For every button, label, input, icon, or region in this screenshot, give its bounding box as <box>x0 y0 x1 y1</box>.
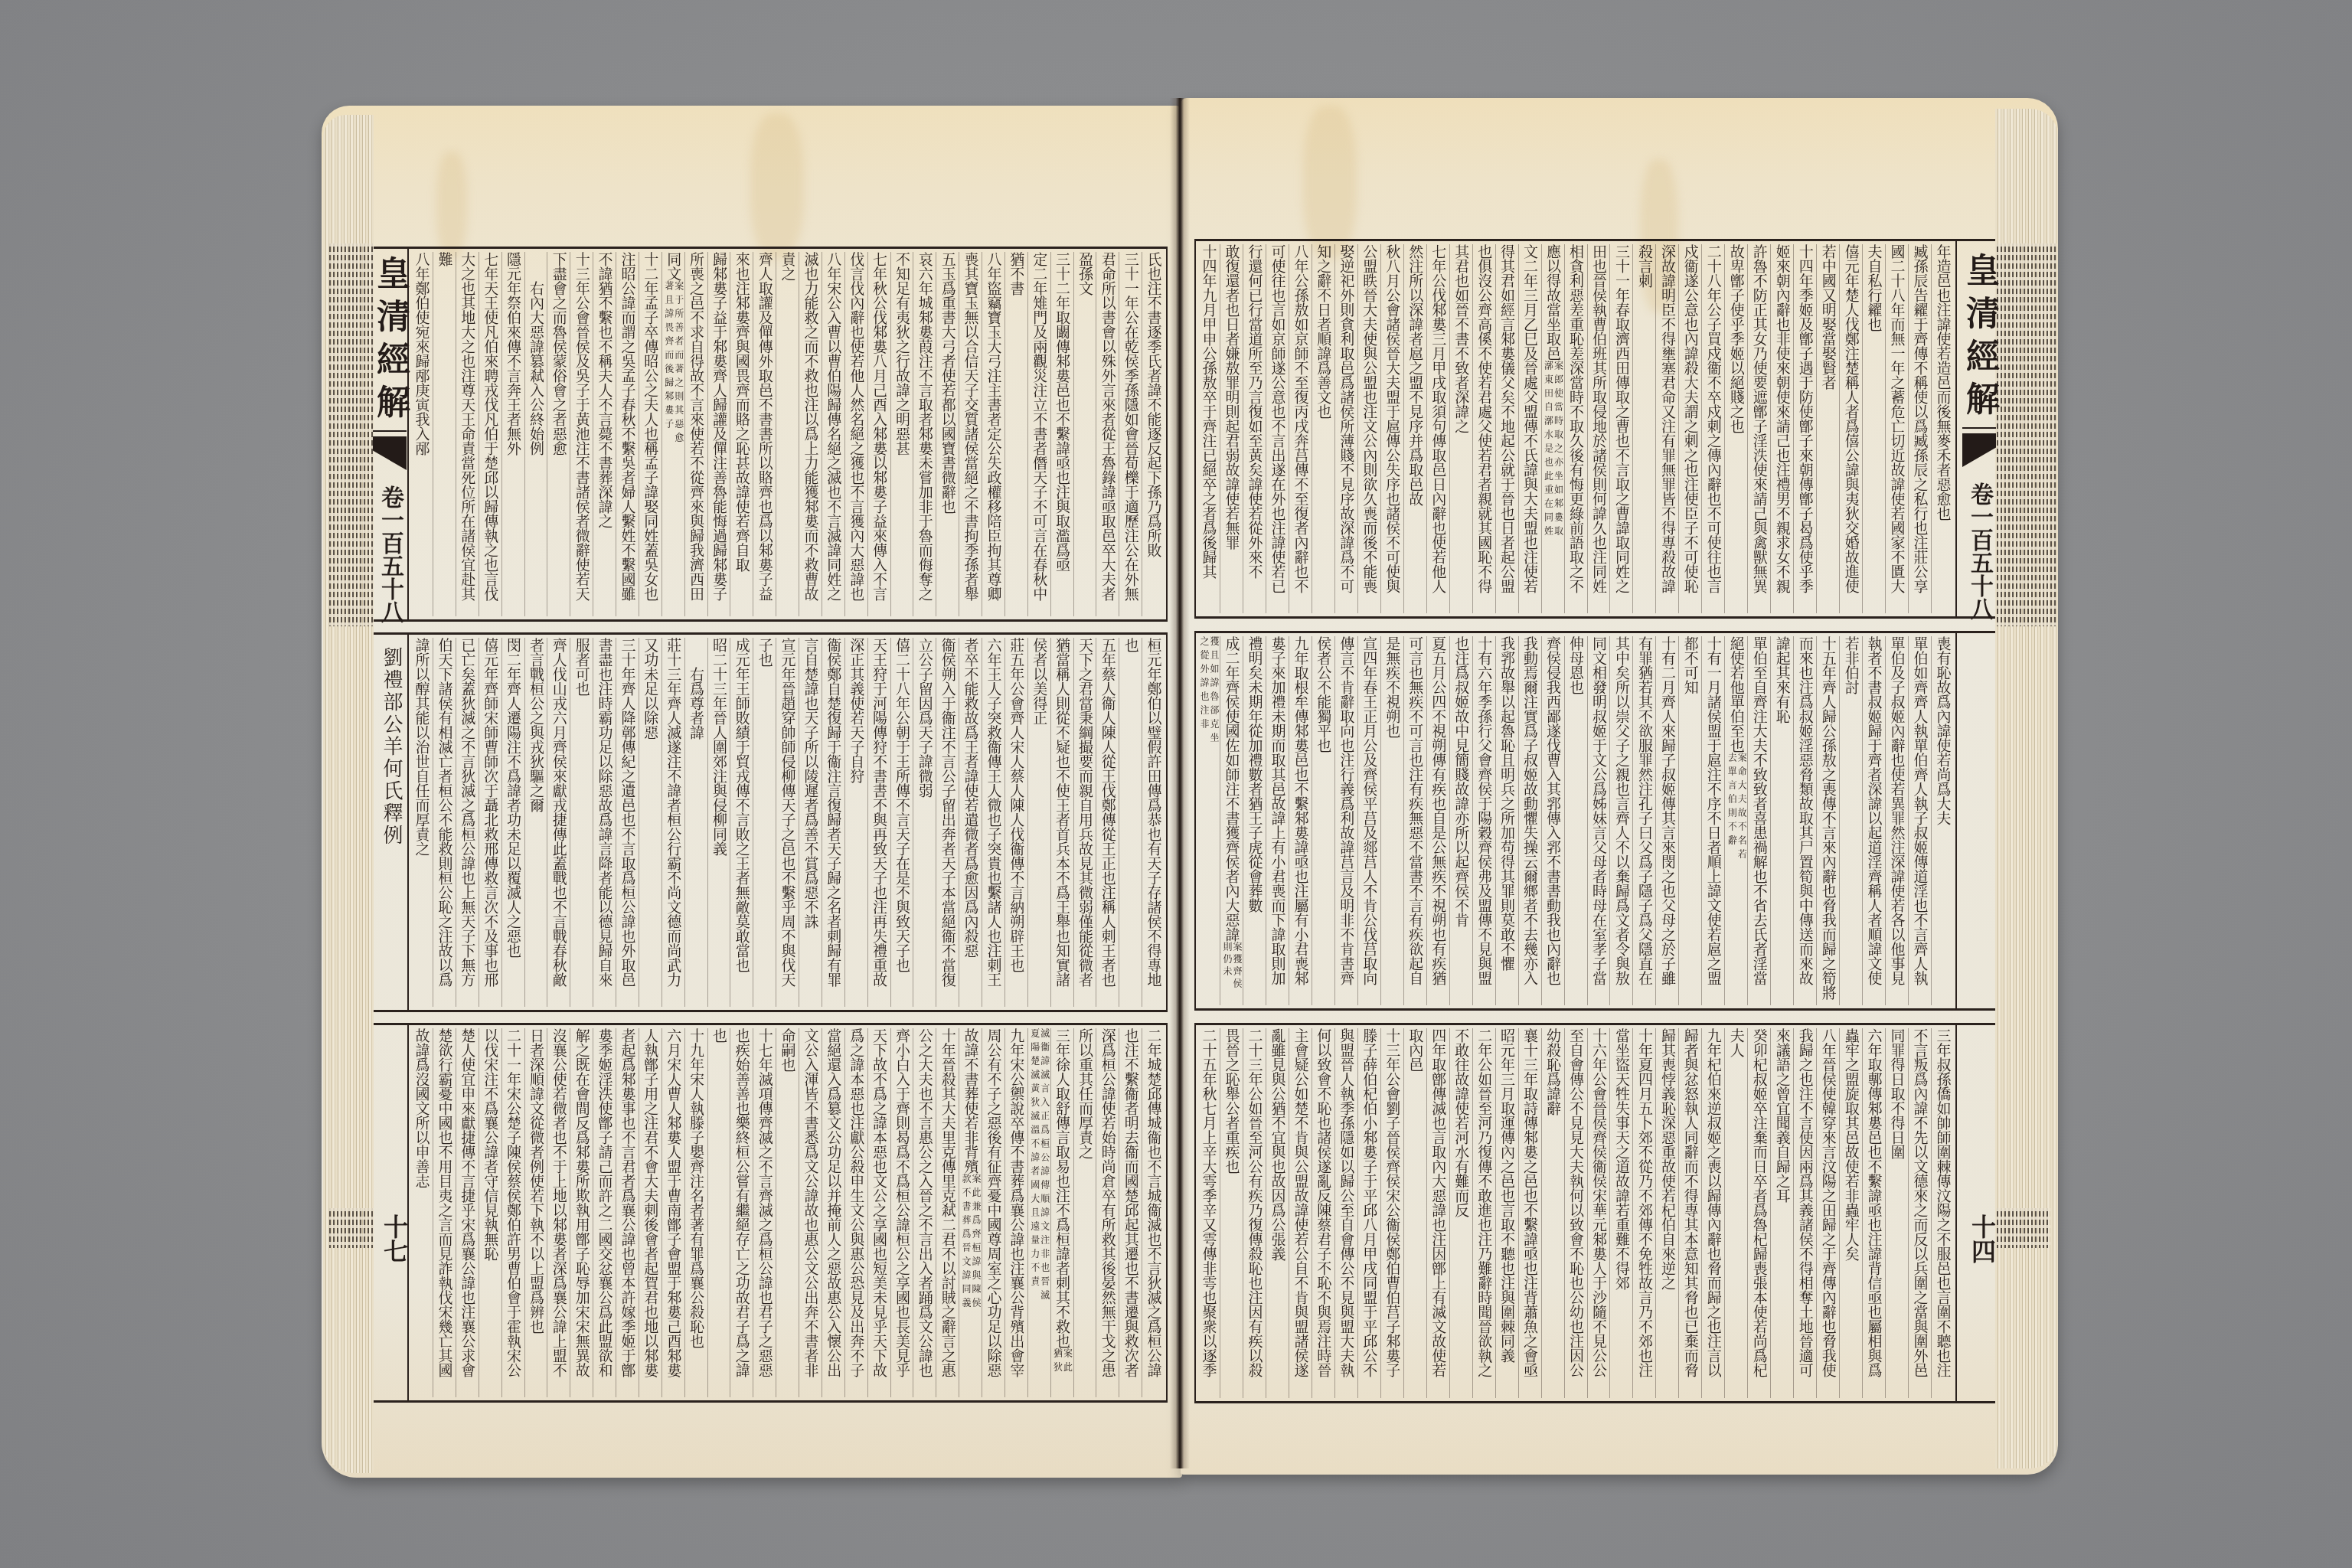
text-column: 隱元年祭伯來傳不言奔王者無外 <box>501 252 524 616</box>
column-text: 來也注邾婁齊與國畏齊而賂之恥甚故諱使若齊自取 <box>733 252 750 572</box>
text-column: 哀六年城邾婁葭注不言取者邾婁未嘗加非于魯而侮奪之 <box>913 252 936 616</box>
column-text: 六年王人子突救衞傳王人微也子突貴也繫諸人也注刺王 <box>985 638 1001 987</box>
text-column: 所以重其任而厚責之 <box>1073 1028 1096 1397</box>
column-text: 十三年公會晉侯及吳子于黃池注不書諸侯者微辭使若天 <box>573 252 590 601</box>
column-text: 衞侯朔入于衞注不言公子留出奔者天子本當絕衞不當復 <box>939 638 956 987</box>
text-column: 得其君如經言邾婁儀父矣不地起公就于晉也日者起公盟 <box>1495 244 1518 613</box>
column-text: 九年取根牟傳邾婁邑也不繫邾婁諱亟也注屬有小君喪邾 <box>1292 636 1308 985</box>
text-column: 七年公伐邾婁三月甲戌取須句傳取邑日內辭也使若他人 <box>1426 244 1449 613</box>
column-text: 十有二月齊人來歸子叔姬傳其言來閔之也父母之於子雖 <box>1659 636 1676 985</box>
text-column: 深正其義使若天子自狩 <box>844 638 867 1007</box>
left-spine-header: 皇清經解 卷一百五十八 <box>372 256 407 623</box>
column-text: 所以重其任而厚責之 <box>1076 1028 1093 1159</box>
text-column: 夫自私行糴也 <box>1862 244 1885 613</box>
text-column: 三十一年公在乾侯季孫隱如會晉荀櫟于適歷注公在外無 <box>1119 252 1142 616</box>
text-column: 三十年齊人降鄣傳紀之遺邑也不言取爲桓公諱也外取邑 <box>616 638 639 1007</box>
text-column: 猶不書 <box>1004 252 1027 616</box>
column-text: 也俱沒公齊高傒不使若君處父使若君者親就其國恥不得 <box>1475 244 1492 593</box>
column-text: 五玉爲重書大弓者使若都以國寶書微辭也 <box>939 252 956 514</box>
volume-label: 卷一百五十八 <box>1966 482 1992 620</box>
column-text: 我動焉爾注實爲子叔姬故動懼失操云爾鄉者不去幾亦入 <box>1521 636 1538 985</box>
column-text: 桓元年鄭伯以璧假許田傳爲恭也有天子存諸侯不得專地 <box>1145 638 1162 987</box>
series-title: 皇清經解 <box>1962 253 1997 424</box>
text-column: 三十一年春取濟西田傳取之曹也不言取之曹諱取同姓之 <box>1609 244 1632 613</box>
column-text: 以伐宋注不爲襄公諱者守信見執無恥 <box>482 1028 498 1261</box>
text-column: 文二年三月乙巳及晉處父盟傳不氏諱與大夫盟也注使若 <box>1518 244 1541 613</box>
text-column: 書盡也注時霸功足以除惡故爲諱言降者能以德見歸自來 <box>593 638 616 1007</box>
text-column: 相貪利惡差重恥差深當時不取久後有悔更綠前語取之不 <box>1564 244 1587 613</box>
text-column: 深爲桓公諱使若始時尚倉卒有所救其後晏然無干戈之患 <box>1096 1028 1119 1397</box>
column-text: 八年晉侯使韓穿來言汶陽之田歸之于齊傳內辭也脅我使 <box>1820 1028 1837 1377</box>
column-text: 秋八月公會諸侯晉大夫盟于扈傳公失序也諸侯不可使與 <box>1383 244 1400 593</box>
text-column: 也 <box>1119 638 1142 1007</box>
text-column: 八年晉侯使韓穿來言汶陽之田歸之于齊傳內辭也脅我使 <box>1816 1028 1839 1398</box>
text-column: 楚人使宜申來獻捷傳不言捷乎宋爲襄公諱也注襄公求會 <box>456 1028 479 1397</box>
column-text: 人執鄫子用之注君不會大夫刺後會者起賀君也地以邾婁 <box>642 1028 658 1377</box>
text-column: 當坐盜天牲失事天之道故諱若重難不得郊 <box>1609 1028 1632 1398</box>
column-text: 絕使若他單伯至也 <box>1728 636 1745 753</box>
text-column: 十四年季姬及鄫子遇于防使鄫子來朝傳鄫子曷爲使乎季 <box>1793 244 1816 613</box>
text-column: 行還何已行當道所至乃言復如至黃矣諱使若從外來不 <box>1243 244 1266 613</box>
column-text: 書盡也注時霸功足以除惡故爲諱言降者能以德見歸自來 <box>596 638 613 987</box>
text-column: 昭二十三年晉人圍郊注與侵柳同義 <box>707 638 730 1007</box>
text-column: 盈孫文 <box>1073 252 1096 616</box>
column-text: 許魯不防正其女乃使要遮鄫子淫泆使來請己與禽獸無異 <box>1751 244 1768 593</box>
interlinear-note: 案郎使當時取之亦坐如邾婁取漷東田自漷水是也此重在同姓 <box>1543 361 1563 543</box>
column-text: 隱元年祭伯來傳不言奔王者無外 <box>505 252 521 456</box>
text-column: 都不可知 <box>1678 636 1701 1005</box>
fishtail-mark-icon <box>373 430 407 475</box>
text-column: 伐言伐內辭也使若他人然名絕之獲也不言獲內大惡諱也 <box>844 252 867 616</box>
text-column: 僖元年楚人伐鄭注楚稱人者爲僖公諱與夷狄交婚故進使 <box>1839 244 1862 613</box>
text-column: 殺言刺 <box>1632 244 1655 613</box>
text-column: 十四年九月甲申公孫敖卒于齊注已絕卒之者爲後歸其 <box>1197 244 1220 613</box>
text-column: 八年盜竊寶玉大弓注主書者定公失政權移陪臣拘其尊卿 <box>982 252 1004 616</box>
column-text: 侯者以美得正 <box>1031 638 1047 725</box>
interlinear-note: 案此猶狄 <box>1052 1348 1073 1379</box>
text-column: 秋八月公會諸侯晉大夫盟于扈傳公失序也諸侯不可使與 <box>1380 244 1403 613</box>
text-column: 滅衞諱滅言入正爲桓公諱傳順諱文注非也晉滅夏陽楚滅黃狄滅溫不諱者國大且遠量力不責 <box>1027 1028 1050 1397</box>
column-text: 氏也注不書逐季氏者諱不能逐反起下孫乃爲所敗 <box>1145 252 1162 557</box>
column-text: 解之既在會間反爲邾婁所欺執用鄫子恥辱加宋宋無異故 <box>573 1028 590 1377</box>
column-text: 齊侯侵我西鄙遂伐曹入其郛傳入郛不書書動我也內辭也 <box>1544 636 1561 985</box>
text-column: 婁子來加禮未期而取其邑故諱上有小君喪而下諱取則加 <box>1266 636 1289 1005</box>
text-column: 齊人取讙及僤傳外取邑不書書所以賂齊也爲以邾婁子益 <box>753 252 776 616</box>
series-title: 皇清經解 <box>372 256 407 427</box>
column-text: 宣元年晉趙穿帥師侵柳傳天子之邑也不繫乎周不與伐天 <box>779 638 796 987</box>
column-text: 得其君如經言邾婁儀父矣不地起公就于晉也日者起公盟 <box>1498 244 1515 593</box>
column-text: 三十一年春取濟西田傳取之曹也不言取之曹諱取同姓之 <box>1613 244 1630 593</box>
text-column: 命嗣也 <box>776 1028 799 1397</box>
column-text: 歸邾婁子益于邾婁齊人歸讙及僤注善魯能悔過歸邾婁子 <box>710 252 727 601</box>
column-text: 娶逆祀外則貪利取邑爲諸侯所薄賤不見序故深諱爲不可 <box>1338 244 1354 593</box>
text-column: 大之也其地大之也注尊天王命責當死位所在諸侯宜赴其 <box>456 252 479 616</box>
column-text: 至自會傳公不見見大夫執何以致會不恥也公幼也注因公 <box>1567 1028 1584 1377</box>
column-text: 襄十三年取詩傳邾婁之邑也不繫諱亟也注背蕭魚之會亟 <box>1521 1028 1538 1377</box>
column-text: 也疾始善善也樂終桓公嘗有繼絕存亡之功故君子爲之諱 <box>733 1028 750 1377</box>
text-column: 可使往也言如京師遂公意也不言出遂在外也注諱使若已 <box>1266 244 1289 613</box>
text-column: 當絕還入爲篡文公功足以并掩前人之惡故惠公入懷公出 <box>822 1028 844 1397</box>
column-text: 其君也如晉不書不致者深諱之 <box>1452 244 1469 433</box>
text-column: 僖二十八年公朝于王所傳不言天子在是不與致天子也 <box>890 638 913 1007</box>
text-column: 主會疑公如楚不肯與公盟故諱使若公自不肯與盟諸侯遂 <box>1289 1028 1312 1398</box>
column-text: 二十三年公如晉至河公有疾乃復傳殺恥也注因有疾以殺 <box>1246 1028 1263 1377</box>
text-column: 故卑鄫子使乎季姬以絕賤之也 <box>1724 244 1747 613</box>
column-text: 爲之諱本惡也注獻公殺申生文公與惠公恐見及出奔不子 <box>848 1028 864 1377</box>
text-column: 不敢往故諱使若河水有難而反 <box>1449 1028 1472 1398</box>
column-text: 同文相發明叔姬于文公爲姊妹言父母者時母在室孝子當 <box>1590 636 1607 985</box>
column-text: 來議語之曾宜聞義自歸之耳 <box>1774 1028 1791 1203</box>
column-text: 有罪猶若其不欲服罪然注孔子曰父爲子隱子爲父隱直在 <box>1636 636 1653 985</box>
column-text: 七年天王使凡伯來聘戎伐凡伯于楚邱以歸傳執之也言伐 <box>482 252 498 601</box>
text-column: 伸母恩也 <box>1564 636 1587 1005</box>
column-text: 我歸之也注不言使因兩爲其義諸侯不得相奪土地晉適可 <box>1797 1028 1814 1377</box>
column-text: 沒襄公使若微者也不于上地以邾婁者深爲襄公諱上盟不 <box>550 1028 567 1377</box>
text-column: 立公子留因爲天子諱微弱 <box>913 638 936 1007</box>
column-text: 幼殺恥爲諱辭 <box>1544 1028 1561 1116</box>
left-text-block-middle: 桓元年鄭伯以璧假許田傳爲恭也有天子存諸侯不得專地也五年蔡人衞人陳人從王伐鄭傳從王… <box>407 632 1168 1012</box>
column-text: 猶當稱人則從不疑也不使王者首兵本不爲王舉也知實諸 <box>1053 638 1070 987</box>
column-text: 命嗣也 <box>779 1028 796 1072</box>
column-text: 八年宋公入曹以曹伯陽歸傳名絕之滅也不言滅諱同姓之 <box>825 252 841 601</box>
text-column: 二十三年公如晉至河公有疾乃復傳殺恥也注因有疾以殺 <box>1243 1028 1266 1398</box>
column-text: 十六年公會晉侯齊侯衞侯宋華元邾婁人于沙隨不見公公 <box>1590 1028 1607 1377</box>
column-text: 夫自私行糴也 <box>1866 244 1883 332</box>
column-text: 敢復還者也日者嫌敖罪明則起君弱故諱使若無罪 <box>1223 244 1240 550</box>
text-column: 而來也注爲叔姬淫惡脅類故取其尸置筍與中傳送而來故 <box>1793 636 1816 1005</box>
column-text: 八年公孫敖如京師不至復丙戌奔莒傳不至復者內辭也不 <box>1292 244 1308 593</box>
column-text: 者言戰桓公之與戎狄驅之爾 <box>528 638 544 812</box>
column-text: 田也晉侯執曹伯班其所取侵地於諸侯則何諱久也注同姓 <box>1590 244 1607 593</box>
column-text: 當坐盜天牲失事天之道故諱若重難不得郊 <box>1613 1028 1630 1290</box>
text-column: 諱所以醇其能以治世自任而厚責之 <box>410 638 433 1007</box>
interlinear-note: 案命大夫故不名若去單言伯則不辭 <box>1726 753 1746 866</box>
column-text: 六年取鄟傳邾婁邑也不繫諱亟也注諱背信亟也屬相與爲 <box>1866 1028 1883 1377</box>
column-text: 相貪利惡差重恥差深當時不取久後有悔更綠前語取之不 <box>1567 244 1584 593</box>
column-text: 十七年滅項傳齊滅之不言齊滅之爲桓公諱也君子之惡惡 <box>756 1028 773 1377</box>
column-text: 二十一年宋公楚子陳侯蔡侯鄭伯許男曹伯會于霍執宋公 <box>505 1028 521 1377</box>
text-column: 喪有恥故爲內諱使若尚爲大夫 <box>1931 636 1954 1005</box>
text-column: 周公有不子之惡後有征齊憂中國尊周室之心功足以除惡 <box>982 1028 1004 1397</box>
column-text: 可言也無疾不可言也注有疾無惡不當書不言有疾欲起自 <box>1406 636 1423 985</box>
text-column: 年造邑也注諱使若造邑而後無麥禾者惡愈也 <box>1931 244 1954 613</box>
text-column: 日者深順諱文從微者例使若下執不以上盟爲辨也 <box>524 1028 547 1397</box>
column-text: 主會疑公如楚不肯與公盟故諱使若公自不肯與盟諸侯遂 <box>1292 1028 1308 1377</box>
column-text: 右內大惡諱篡弒入公終始例 <box>528 281 544 456</box>
column-text: 禮明矣未期年從加禮數者猶王子虎從會葬數 <box>1246 636 1263 913</box>
column-text: 知之辭不日者順諱爲善文也 <box>1315 244 1331 419</box>
right-text-block-upper: 年造邑也注諱使若造邑而後無麥禾者惡愈也臧孫辰告糴于齊傳不稱使以爲臧孫辰之私行也注… <box>1194 239 1957 619</box>
column-text: 深爲桓公諱使若始時尚倉卒有所救其後晏然無干戈之患 <box>1099 1028 1116 1377</box>
text-column: 可言也無疾不可言也注有疾無惡不當書不言有疾欲起自 <box>1403 636 1426 1005</box>
column-text: 言自楚諱也天子所以陵遲者爲善不賞爲惡不誅 <box>802 638 818 929</box>
text-column: 又功未足以除惡 <box>639 638 661 1007</box>
column-text: 也 <box>710 1028 727 1043</box>
column-text: 當絕還入爲篡文公功足以并掩前人之惡故惠公入懷公出 <box>825 1028 841 1377</box>
column-text: 八年盜竊寶玉大弓注主書者定公失政權移陪臣拘其尊卿 <box>985 252 1001 601</box>
column-text: 應以得故當坐取邑 <box>1544 244 1561 361</box>
text-column: 傳言不肯辭取向也注行義爲利故諱莒言及明非不肯書齊 <box>1334 636 1357 1005</box>
column-text: 不言叛爲內諱不先以文德來之而反以兵圍之當與圍外邑 <box>1912 1028 1929 1377</box>
column-text: 昭元年三月取運傳內之邑也言取不聽也注與圍棘同義 <box>1498 1028 1515 1363</box>
text-column: 十有一月諸侯盟于扈注不序不日者順上諱文使若扈之盟 <box>1701 636 1724 1005</box>
column-text: 不知足有夷狄之行故諱之明惡甚 <box>893 252 910 456</box>
column-text: 不諱猶不繫也不稱夫人不言薨不書葬深諱之 <box>596 252 613 528</box>
column-text: 大之也其地大之也注尊天王命責當死位所在諸侯宜赴其 <box>459 252 475 601</box>
text-column: 注昭公諱而謂之吳孟子春秋不繫吳者婦人繫姓不繫國雖 <box>616 252 639 616</box>
text-column: 者言戰桓公之與戎狄驅之爾 <box>524 638 547 1007</box>
paper-stain <box>1303 106 1357 259</box>
text-column: 我動焉爾注實爲子叔姬故動懼失操云爾鄉者不去幾亦入 <box>1518 636 1541 1005</box>
text-column: 與盟晉人執季孫隱如以歸公至自會傳公不見與盟大夫執 <box>1334 1028 1357 1398</box>
column-text: 同文 <box>665 252 681 281</box>
text-column: 十有二月齊人來歸子叔姬傳其言來閔之也父母之於子雖 <box>1655 636 1678 1005</box>
text-column: 獲且如諱魯郤克坐之從外諱也注非 <box>1197 636 1220 1005</box>
text-column: 禮明矣未期年從加禮數者猶王子虎從會葬數 <box>1243 636 1266 1005</box>
text-column: 猶當稱人則從不疑也不使王者首兵本不爲王舉也知實諸 <box>1050 638 1073 1007</box>
column-text: 天下故不爲之諱本惡也文公之享國也短美未見乎天下故 <box>871 1028 887 1377</box>
column-text: 八年鄭伯使宛來歸邴庚寅我入邴 <box>413 252 430 456</box>
column-text: 而來也注爲叔姬淫惡脅類故取其尸置筍與中傳送而來故 <box>1797 636 1814 985</box>
text-column: 喪其寶玉無以合信天子交質諸侯當絕之不書拘季孫者舉 <box>959 252 982 616</box>
column-text: 宣四年春王正月公及齊侯平莒及郯莒人不肯公伐莒取向 <box>1361 636 1377 985</box>
column-text: 可使往也言如京師遂公意也不言出遂在外也注諱使若已 <box>1269 244 1285 593</box>
column-text: 二年公如晉至河乃復傳不敢進也注乃難辭時聞晉欲執之 <box>1475 1028 1492 1377</box>
text-column: 也注爲叔姬故中見簡賤故諱亦所以起齊侯不肯 <box>1449 636 1472 1005</box>
text-column: 知之辭不日者順諱爲善文也 <box>1312 244 1334 613</box>
text-column: 婁季姬淫泆使鄫子請己而許之二國交忿襄公爲此盟欲和 <box>593 1028 616 1397</box>
text-column: 難 <box>433 252 456 616</box>
fishtail-mark-icon <box>1962 427 1996 472</box>
text-column: 九年宋公禦說卒傳不書葬爲襄公諱也注襄公背殯出會宰 <box>1004 1028 1027 1397</box>
text-column: 十五年齊人歸公孫敖之喪傳不言來內辭也脅我而歸之筍將 <box>1816 636 1839 1005</box>
text-column: 是無疾不視朔也 <box>1380 636 1403 1005</box>
column-text: 諱所以醇其能以治世自任而厚責之 <box>413 638 430 856</box>
right-spine-header: 皇清經解 卷一百五十八 <box>1962 253 1997 620</box>
interlinear-note: 案獲齊侯則仍未 <box>1221 942 1242 993</box>
column-text: 二年城楚邱傳城衞也不言城衞滅也不言狄滅之爲桓公諱 <box>1145 1028 1162 1377</box>
text-column: 十七年滅項傳齊滅之不言齊滅之爲桓公諱也君子之惡惡 <box>753 1028 776 1397</box>
column-text: 同罪得日取不得日圍 <box>1889 1028 1906 1159</box>
text-column: 歸其喪悖義恥深惡重故使若杞伯自來逆之 <box>1655 1028 1678 1398</box>
column-text: 昭二十三年晉人圍郊注與侵柳同義 <box>710 638 727 856</box>
text-column: 至自會傳公不見見大夫執何以致會不恥也公幼也注因公 <box>1564 1028 1587 1398</box>
text-column: 僖元年齊師宋師曹師次于聶北救邢傳救言次不及事也邢 <box>479 638 501 1007</box>
column-text: 五年蔡人衞人陳人從王伐鄭傳從王正也注稱人刺王者也 <box>1099 638 1116 987</box>
text-column: 成二年齊侯使國佐如師注不書獲齊侯者內大惡諱案獲齊侯則仍未 <box>1220 636 1243 1005</box>
text-column: 有罪猶若其不欲服罪然注孔子曰父爲子隱子爲父隱直在 <box>1632 636 1655 1005</box>
column-text: 七年公伐邾婁三月甲戌取須句傳取邑日內辭也使若他人 <box>1429 244 1446 593</box>
text-column: 三年叔孫僑如帥師圍棘傳汶陽之不服邑也言圍不聽也注 <box>1931 1028 1954 1398</box>
text-column: 敢復還者也日者嫌敖罪明則起君弱故諱使若無罪 <box>1220 244 1243 613</box>
text-column: 單伯如齊齊人執單伯齊人執子叔姬傳道淫也不言齊人執 <box>1908 636 1931 1005</box>
column-text: 莊十三年齊人滅遂注不諱者桓公行霸不尚文德而尚武力 <box>665 638 681 987</box>
text-column: 君命所以書會以殊外言來者從王魯錄諱亟取邑卒大夫者 <box>1096 252 1119 616</box>
column-text: 定二年雉門及兩觀災注立不書者僭天子不可言在春秋中 <box>1031 252 1047 601</box>
column-text: 僖二十八年公朝于王所傳不言天子在是不與致天子也 <box>893 638 910 972</box>
column-text: 服者可也 <box>573 638 590 696</box>
column-text: 年造邑也注諱使若造邑而後無麥禾者惡愈也 <box>1935 244 1952 521</box>
column-text: 故卑鄫子使乎季姬以絕賤之也 <box>1728 244 1745 433</box>
column-text: 九年杞伯來逆叔姬之喪以歸傳內辭也脅而歸之也注言以 <box>1705 1028 1722 1377</box>
column-text: 日者深順諱文從微者例使若下執不以上盟爲辨也 <box>528 1028 544 1334</box>
page-number: 十四 <box>1965 1214 2000 1263</box>
column-text: 僖元年楚人伐鄭注楚稱人者爲僖公諱與夷狄交婚故進使 <box>1843 244 1860 593</box>
column-text: 成元年王師敗績于貿戎傳不言敗之王者無敵莫敢當也 <box>733 638 750 972</box>
column-text: 七年秋公伐邾婁八月己酉入邾婁以邾婁子益來傳入不言 <box>871 252 887 601</box>
text-column: 責之 <box>776 252 799 616</box>
column-text: 二十八年公子買戍衞不卒戍刺之傳內辭也不可使往也言 <box>1705 244 1722 593</box>
text-column: 十三年公會劉子晉侯齊侯宋公衞侯鄭伯曹伯莒子邾婁子 <box>1380 1028 1403 1398</box>
column-text: 喪有恥故爲內諱使若尚爲大夫 <box>1935 636 1952 825</box>
column-text: 單伯及子叔姬內辭也使若異罪然注深諱使若各以他事見 <box>1889 636 1906 985</box>
column-text: 者起爲邾婁事也不言君者爲襄公諱也曾本許嫁季姬于鄫 <box>619 1028 635 1377</box>
text-column: 莊十三年齊人滅遂注不諱者桓公行霸不尚文德而尚武力 <box>661 638 684 1007</box>
right-spine-frame-lower <box>1955 1023 1995 1403</box>
column-text: 我郛故舉以起魯恥且明兵之所加苟得其罪則莫敢不懼 <box>1498 636 1515 971</box>
text-column: 右爲尊者諱 <box>684 638 707 1007</box>
text-column: 二年公如晉至河乃復傳不敢進也注乃難辭時聞晉欲執之 <box>1472 1028 1495 1398</box>
text-column: 昭元年三月取運傳內之邑也言取不聽也注與圍棘同義 <box>1495 1028 1518 1398</box>
text-column: 爲之諱本惡也注獻公殺申生文公與惠公恐見及出奔不子 <box>844 1028 867 1397</box>
text-column: 侯者以美得正 <box>1027 638 1050 1007</box>
text-column: 單伯及子叔姬內辭也使若異罪然注深諱使若各以他事見 <box>1885 636 1908 1005</box>
text-column: 來議語之曾宜聞義自歸之耳 <box>1770 1028 1793 1398</box>
text-column: 八年公孫敖如京師不至復丙戌奔莒傳不至復者內辭也不 <box>1289 244 1312 613</box>
text-column: 娶逆祀外則貪利取邑爲諸侯所薄賤不見序故深諱爲不可 <box>1334 244 1357 613</box>
text-column: 深故諱明臣不得壅塞君命又注有罪無罪皆不得專殺故諱 <box>1655 244 1678 613</box>
text-column: 九年取根牟傳邾婁邑也不繫邾婁諱亟也注屬有小君喪邾 <box>1289 636 1312 1005</box>
text-column: 十有六年季孫行父會齊侯于陽穀齊侯弗及盟傳不見與盟 <box>1472 636 1495 1005</box>
text-column: 國二十八年而無一年之蓄危亡切近故諱使若國家不匱大 <box>1885 244 1908 613</box>
text-column: 其君也如晉不書不致者深諱之 <box>1449 244 1472 613</box>
text-column: 也 <box>707 1028 730 1397</box>
column-text: 姬來朝內辭也非使來朝使來請己也注禮男不親求女不親 <box>1774 244 1791 593</box>
text-column: 定二年雉門及兩觀災注立不書者僭天子不可言在春秋中 <box>1027 252 1050 616</box>
text-column: 下盡會之而魯侯蒙俗會之者惡愈 <box>547 252 570 616</box>
text-column: 氏也注不書逐季氏者諱不能逐反起下孫乃爲所敗 <box>1142 252 1165 616</box>
right-text-block-middle: 喪有恥故爲內諱使若尚爲大夫單伯如齊齊人執單伯齊人執子叔姬傳道淫也不言齊人執單伯及… <box>1194 631 1957 1011</box>
column-text: 六月宋人曹人邾婁人盟于曹南鄫子會盟于邾婁己酉邾婁 <box>665 1028 681 1377</box>
column-text: 行還何已行當道所至乃言復如至黃矣諱使若從外來不 <box>1246 244 1263 579</box>
column-text: 十二年孟子卒傳昭公之夫人也稱孟子諱娶同姓蓋吳女也 <box>642 252 658 601</box>
text-column: 夏五月公四不視朔傳有疾也自是公無疾不視朔也有疾猶 <box>1426 636 1449 1005</box>
column-text: 三十一年公在乾侯季孫隱如會晉荀櫟于適歷注公在外無 <box>1122 252 1139 601</box>
text-column: 田也晉侯執曹伯班其所取侵地於諸侯則何諱久也注同姓 <box>1587 244 1610 613</box>
column-text: 九年宋公禦說卒傳不書葬爲襄公諱也注襄公背殯出會宰 <box>1008 1028 1024 1377</box>
text-column: 沒襄公使若微者也不于上地以邾婁者深爲襄公諱上盟不 <box>547 1028 570 1397</box>
text-column: 八年宋公入曹以曹伯陽歸傳名絕之滅也不言滅諱同姓之 <box>822 252 844 616</box>
text-column: 不言叛爲內諱不先以文德來之而反以兵圍之當與圍外邑 <box>1908 1028 1931 1398</box>
column-text: 故諱不書葬使若非背殯 <box>962 1028 979 1174</box>
page-edge-ink-bleed <box>1997 243 2056 626</box>
column-text: 閔二年齊人遷陽注不爲諱者功未足以覆滅人之惡也 <box>505 638 521 958</box>
column-text: 歸者與忿怒執人同辭而不得專其本意知其脅也已棄而脅 <box>1682 1028 1699 1377</box>
text-column: 者起爲邾婁事也不言君者爲襄公諱也曾本許嫁季姬于鄫 <box>616 1028 639 1397</box>
text-column: 故諱不書葬使若非背殯案此兼爲齊桓諱與陳侯款不書葬爲晉文諱同義 <box>959 1028 982 1397</box>
text-column: 襄十三年取詩傳邾婁之邑也不繫諱亟也注背蕭魚之會亟 <box>1518 1028 1541 1398</box>
column-text: 執者不書叔姬歸于齊者深諱以起道淫齊稱人者順諱文使 <box>1866 636 1883 985</box>
text-column: 伯天下諸侯有相滅亡者桓公不能救則桓公恥之注故以爲 <box>433 638 456 1007</box>
text-column: 同罪得日取不得日圍 <box>1885 1028 1908 1398</box>
right-spine-frame-middle <box>1955 631 1995 1011</box>
interlinear-note: 滅衞諱滅言入正爲桓公諱傳順諱文注非也晉滅夏陽楚滅黃狄滅溫不諱者國大且遠量力不責 <box>1029 1028 1050 1307</box>
text-column: 幼殺恥爲諱辭 <box>1541 1028 1564 1398</box>
text-column: 也俱沒公齊高傒不使若君處父使若君者親就其國恥不得 <box>1472 244 1495 613</box>
column-text: 若中國又明娶當娶賢者 <box>1820 244 1837 390</box>
column-text: 君命所以書會以殊外言來者從王魯錄諱亟取邑卒大夫者 <box>1099 252 1116 601</box>
text-column: 天王狩于河陽傳狩不書書不與再致天子也注再失禮重故 <box>867 638 890 1007</box>
text-column: 取內邑 <box>1403 1028 1426 1398</box>
column-text: 婁子來加禮未期而取其邑故諱上有小君喪而下諱取則加 <box>1269 636 1285 985</box>
text-column: 亂雖見與公猶不宜與也故因爲公張義 <box>1266 1028 1289 1398</box>
text-column: 其中矣所以崇父子之親也言齊人不以棄歸爲文者令與敖 <box>1609 636 1632 1005</box>
text-column: 九年杞伯來逆叔姬之喪以歸傳內辭也脅而歸之也注言以 <box>1701 1028 1724 1398</box>
text-column: 何以致會不恥也諸侯遂亂反陳蔡君子不恥不與焉注時晉 <box>1312 1028 1334 1398</box>
text-column: 宣四年春王正月公及齊侯平莒及郯莒人不肯公伐莒取向 <box>1357 636 1380 1005</box>
text-column: 來也注邾婁齊與國畏齊而賂之恥甚故諱使若齊自取 <box>730 252 753 616</box>
column-text: 天下之君當秉綱撮要而親自用兵故見其微弱僅能從微者 <box>1076 638 1093 987</box>
text-column: 故諱爲沒國文所以申善志 <box>410 1028 433 1397</box>
text-column: 然注所以深諱者扈之盟不見序并爲取邑故 <box>1403 244 1426 613</box>
column-text: 深故諱明臣不得壅塞君命又注有罪無罪皆不得專殺故諱 <box>1659 244 1676 593</box>
column-text: 所喪之邑不求自得故不言來使若不從齊來與歸我濟西田 <box>688 252 704 601</box>
text-column: 三十二年取闞傳邾婁邑也不繫諱亟也注與取濫爲亟 <box>1050 252 1073 616</box>
column-text: 滕子薛伯杞伯小邾婁子于平邱八月甲戌同盟于平邱公不 <box>1361 1028 1377 1377</box>
text-column: 十年晉殺其大夫里克傳里克弒二君不以討賊之辭言之惠 <box>936 1028 959 1397</box>
column-text: 公盟眣晉大夫使與公盟也注文公內則欲久喪而後不能喪 <box>1361 244 1377 593</box>
column-text: 十有六年季孫行父會齊侯于陽穀齊侯弗及盟傳不見與盟 <box>1475 636 1492 985</box>
column-text: 單伯如齊齊人執單伯齊人執子叔姬傳道淫也不言齊人執 <box>1912 636 1929 985</box>
column-text: 難 <box>436 252 452 266</box>
column-text: 注昭公諱而謂之吳孟子春秋不繫吳者婦人繫姓不繫國雖 <box>619 252 635 601</box>
right-text-block-lower: 三年叔孫僑如帥師圍棘傳汶陽之不服邑也言圍不聽也注不言叛爲內諱不先以文德來之而反以… <box>1194 1023 1957 1403</box>
column-text: 盈孫文 <box>1076 252 1093 296</box>
paper-stain <box>436 152 467 259</box>
column-text: 其中矣所以崇父子之親也言齊人不以棄歸爲文者令與敖 <box>1613 636 1630 985</box>
text-column: 我郛故舉以起魯恥且明兵之所加苟得其罪則莫敢不懼 <box>1495 636 1518 1005</box>
text-column: 歸者與忿怒執人同辭而不得專其本意知其脅也已棄而脅 <box>1678 1028 1701 1398</box>
column-text: 傳言不肯辭取向也注行義爲利故諱莒言及明非不肯書齊 <box>1338 636 1354 985</box>
text-column: 戍衞遂公意也內諱殺大夫謂之刺之也注使臣子不可使恥 <box>1678 244 1701 613</box>
text-column: 二年城楚邱傳城衞也不言城衞滅也不言狄滅之爲桓公諱 <box>1142 1028 1165 1397</box>
column-text: 殺言刺 <box>1636 244 1653 288</box>
column-text: 是無疾不視朔也 <box>1383 636 1400 738</box>
column-text: 與盟晉人執季孫隱如以歸公至自會傳公不見與盟大夫執 <box>1338 1028 1354 1377</box>
text-column: 許魯不防正其女乃使要遮鄫子淫泆使來請己與禽獸無異 <box>1747 244 1770 613</box>
text-column: 十二年孟子卒傳昭公之夫人也稱孟子諱娶同姓蓋吳女也 <box>639 252 661 616</box>
column-text: 者卒不能救故爲王者諱使若遣微者爲愈因爲內殺惡 <box>962 638 979 958</box>
column-text: 若非伯討 <box>1843 636 1860 694</box>
column-text: 周公有不子之惡後有征齊憂中國尊周室之心功足以除惡 <box>985 1028 1001 1377</box>
text-column: 服者可也 <box>570 638 593 1007</box>
column-text: 齊人取讙及僤傳外取邑不書書所以賂齊也爲以邾婁子益 <box>756 252 773 601</box>
column-text: 哀六年城邾婁葭注不言取者邾婁未嘗加非于魯而侮奪之 <box>916 252 933 601</box>
column-text: 臧孫辰告糴于齊傳不稱使以爲臧孫辰之私行也注莊公享 <box>1912 244 1929 593</box>
left-spine-frame-lower <box>374 1023 409 1403</box>
text-column: 宣元年晉趙穿帥師侵柳傳天子之邑也不繫乎周不與伐天 <box>776 638 799 1007</box>
page-edge-ink-bleed <box>1997 1208 2050 1248</box>
column-text: 文公入渾皆不書悉爲文公諱故也惠公文公出奔不書者非 <box>802 1028 818 1377</box>
text-column: 衞侯朔入于衞注不言公子留出奔者天子本當絕衞不當復 <box>936 638 959 1007</box>
text-column: 莊五年公會齊人宋人蔡人陳人伐衞傳不言納朔辟王也 <box>1004 638 1027 1007</box>
column-text: 二十五年秋七月上辛大雩季辛又雩傳非雩也聚衆以逐季 <box>1200 1028 1217 1377</box>
column-text: 楚人使宜申來獻捷傳不言捷乎宋爲襄公諱也注襄公求會 <box>459 1028 475 1377</box>
text-column: 齊侯侵我西鄙遂伐曹入其郛傳入郛不書書動我也內辭也 <box>1541 636 1564 1005</box>
column-text: 也注不繫衞者明去衞而國楚邱起其遷也不書遷與救次者 <box>1122 1028 1139 1377</box>
column-text: 也注爲叔姬故中見簡賤故諱亦所以起齊侯不肯 <box>1452 636 1469 927</box>
text-column: 公盟眣晉大夫使與公盟也注文公內則欲久喪而後不能喪 <box>1357 244 1380 613</box>
